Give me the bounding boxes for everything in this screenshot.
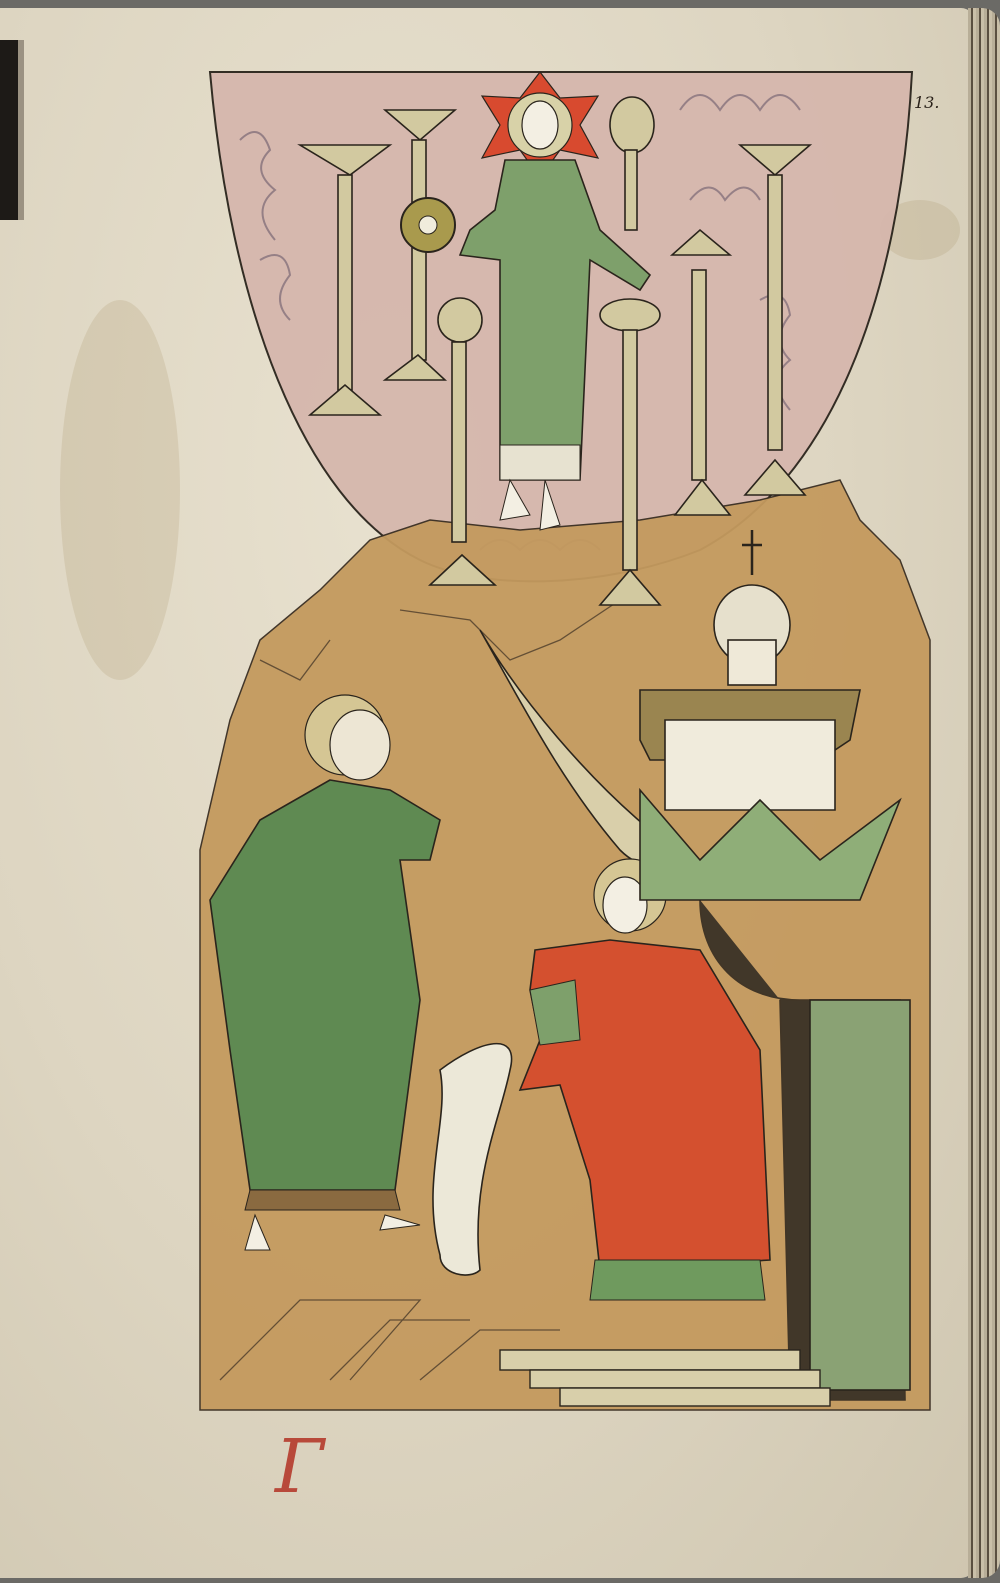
signature-mark: Г <box>275 1430 324 1504</box>
illustration <box>0 0 1000 1583</box>
disc-of-stars <box>401 198 455 252</box>
page-number: 13. <box>914 93 939 112</box>
